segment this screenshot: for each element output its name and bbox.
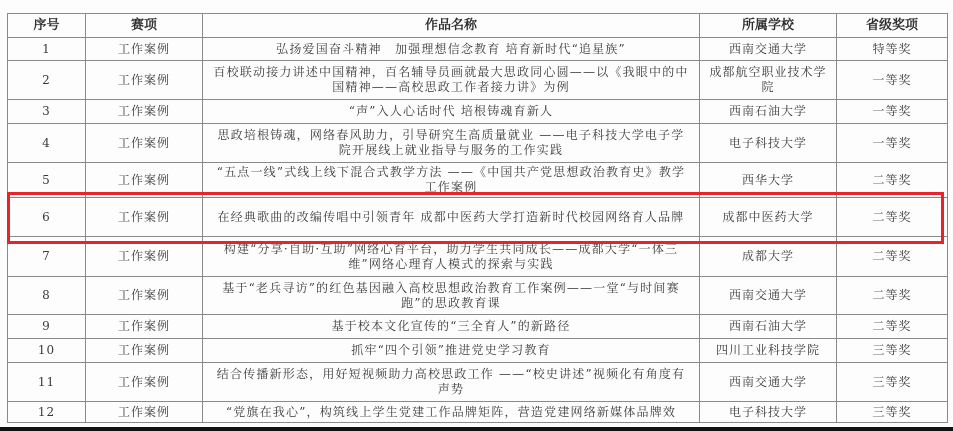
cell-title: “声”入人心话时代 培根铸魂育新人 — [203, 100, 700, 124]
table-row: 4 工作案例 思政培根铸魂，网络春风助力，引导研究生高质量就业 ——电子科技大学… — [8, 124, 948, 163]
cell-no: 8 — [8, 277, 86, 315]
cell-category: 工作案例 — [86, 237, 203, 277]
cell-category: 工作案例 — [86, 277, 203, 315]
cell-title: 基于“老兵寻访”的红色基因融入高校思想政治教育工作案例——一堂“与时间赛跑”的思… — [203, 277, 700, 315]
cell-school: 西南交通大学 — [700, 363, 837, 402]
bottom-divider — [0, 427, 953, 431]
cell-award: 一等奖 — [837, 61, 948, 100]
cell-no: 7 — [8, 237, 86, 277]
cell-no: 11 — [8, 363, 86, 402]
table-row: 2 工作案例 百校联动接力讲述中国精神，百名辅导员画就最大思政同心圆——以《我眼… — [8, 61, 948, 100]
cell-award: 二等奖 — [837, 277, 948, 315]
cell-category: 工作案例 — [86, 198, 203, 237]
cell-title: 弘扬爱国奋斗精神 加强理想信念教育 培育新时代“追星族” — [203, 38, 700, 61]
cell-no: 1 — [8, 38, 86, 61]
cell-award: 一等奖 — [837, 124, 948, 163]
cell-no: 5 — [8, 163, 86, 198]
cell-category: 工作案例 — [86, 315, 203, 339]
cell-no: 4 — [8, 124, 86, 163]
cell-no: 10 — [8, 339, 86, 363]
cell-title: 百校联动接力讲述中国精神，百名辅导员画就最大思政同心圆——以《我眼中的中国精神—… — [203, 61, 700, 100]
cell-award: 二等奖 — [837, 163, 948, 198]
cell-school: 西南石油大学 — [700, 315, 837, 339]
cell-no: 12 — [8, 402, 86, 423]
cell-school: 成都航空职业技术学院 — [700, 61, 837, 100]
cell-award: 三等奖 — [837, 363, 948, 402]
cell-title: 构建“分享·自助·互助”网络心育平台，助力学生共同成长——成都大学“一体三维”网… — [203, 237, 700, 277]
table-row: 5 工作案例 “五点一线”式线上线下混合式教学方法 ——《中国共产党思想政治教育… — [8, 163, 948, 198]
cell-award: 三等奖 — [837, 339, 948, 363]
cell-title: 结合传播新形态，用好短视频助力高校思政工作 ——“校史讲述”视频化有角度有声势 — [203, 363, 700, 402]
cell-title: “党旗在我心”，构筑线上学生党建工作品牌矩阵，营造党建网络新媒体品牌效 — [203, 402, 700, 423]
cell-school: 电子科技大学 — [700, 124, 837, 163]
header-award: 省级奖项 — [837, 14, 948, 38]
cell-category: 工作案例 — [86, 363, 203, 402]
cell-title: 思政培根铸魂，网络春风助力，引导研究生高质量就业 ——电子科技大学电子学院开展线… — [203, 124, 700, 163]
cell-school: 西南石油大学 — [700, 100, 837, 124]
cell-school: 西华大学 — [700, 163, 837, 198]
cell-title: 抓牢“四个引领”推进党史学习教育 — [203, 339, 700, 363]
awards-table: 序号 赛项 作品名称 所属学校 省级奖项 1 工作案例 弘扬爱国奋斗精神 加强理… — [7, 13, 948, 423]
header-school: 所属学校 — [700, 14, 837, 38]
table-row: 7 工作案例 构建“分享·自助·互助”网络心育平台，助力学生共同成长——成都大学… — [8, 237, 948, 277]
cell-category: 工作案例 — [86, 339, 203, 363]
cell-award: 二等奖 — [837, 198, 948, 237]
table-row: 10 工作案例 抓牢“四个引领”推进党史学习教育 四川工业科技学院 三等奖 — [8, 339, 948, 363]
table-row: 9 工作案例 基于校本文化宣传的“三全育人”的新路径 西南石油大学 二等奖 — [8, 315, 948, 339]
cell-category: 工作案例 — [86, 163, 203, 198]
table-row: 8 工作案例 基于“老兵寻访”的红色基因融入高校思想政治教育工作案例——一堂“与… — [8, 277, 948, 315]
document-page: 序号 赛项 作品名称 所属学校 省级奖项 1 工作案例 弘扬爱国奋斗精神 加强理… — [0, 0, 953, 431]
cell-no: 3 — [8, 100, 86, 124]
cell-category: 工作案例 — [86, 61, 203, 100]
header-title: 作品名称 — [203, 14, 700, 38]
table-row-highlighted: 6 工作案例 在经典歌曲的改编传唱中引领青年 成都中医药大学打造新时代校园网络育… — [8, 198, 948, 237]
cell-award: 二等奖 — [837, 315, 948, 339]
cell-title: “五点一线”式线上线下混合式教学方法 ——《中国共产党思想政治教育史》教学工作案… — [203, 163, 700, 198]
header-category: 赛项 — [86, 14, 203, 38]
table-row: 11 工作案例 结合传播新形态，用好短视频助力高校思政工作 ——“校史讲述”视频… — [8, 363, 948, 402]
cell-award: 特等奖 — [837, 38, 948, 61]
cell-school: 成都大学 — [700, 237, 837, 277]
cell-title: 基于校本文化宣传的“三全育人”的新路径 — [203, 315, 700, 339]
table-header-row: 序号 赛项 作品名称 所属学校 省级奖项 — [8, 14, 948, 38]
table-row: 3 工作案例 “声”入人心话时代 培根铸魂育新人 西南石油大学 一等奖 — [8, 100, 948, 124]
cell-title: 在经典歌曲的改编传唱中引领青年 成都中医药大学打造新时代校园网络育人品牌 — [203, 198, 700, 237]
cell-school: 电子科技大学 — [700, 402, 837, 423]
cell-school: 成都中医药大学 — [700, 198, 837, 237]
cell-school: 西南交通大学 — [700, 277, 837, 315]
cell-category: 工作案例 — [86, 124, 203, 163]
table-row: 12 工作案例 “党旗在我心”，构筑线上学生党建工作品牌矩阵，营造党建网络新媒体… — [8, 402, 948, 423]
cell-category: 工作案例 — [86, 402, 203, 423]
cell-school: 西南交通大学 — [700, 38, 837, 61]
cell-award: 二等奖 — [837, 237, 948, 277]
cell-no: 9 — [8, 315, 86, 339]
table-row: 1 工作案例 弘扬爱国奋斗精神 加强理想信念教育 培育新时代“追星族” 西南交通… — [8, 38, 948, 61]
cell-school: 四川工业科技学院 — [700, 339, 837, 363]
cell-category: 工作案例 — [86, 100, 203, 124]
cell-category: 工作案例 — [86, 38, 203, 61]
cell-award: 三等奖 — [837, 402, 948, 423]
cell-award: 一等奖 — [837, 100, 948, 124]
header-no: 序号 — [8, 14, 86, 38]
cell-no: 2 — [8, 61, 86, 100]
cell-no: 6 — [8, 198, 86, 237]
